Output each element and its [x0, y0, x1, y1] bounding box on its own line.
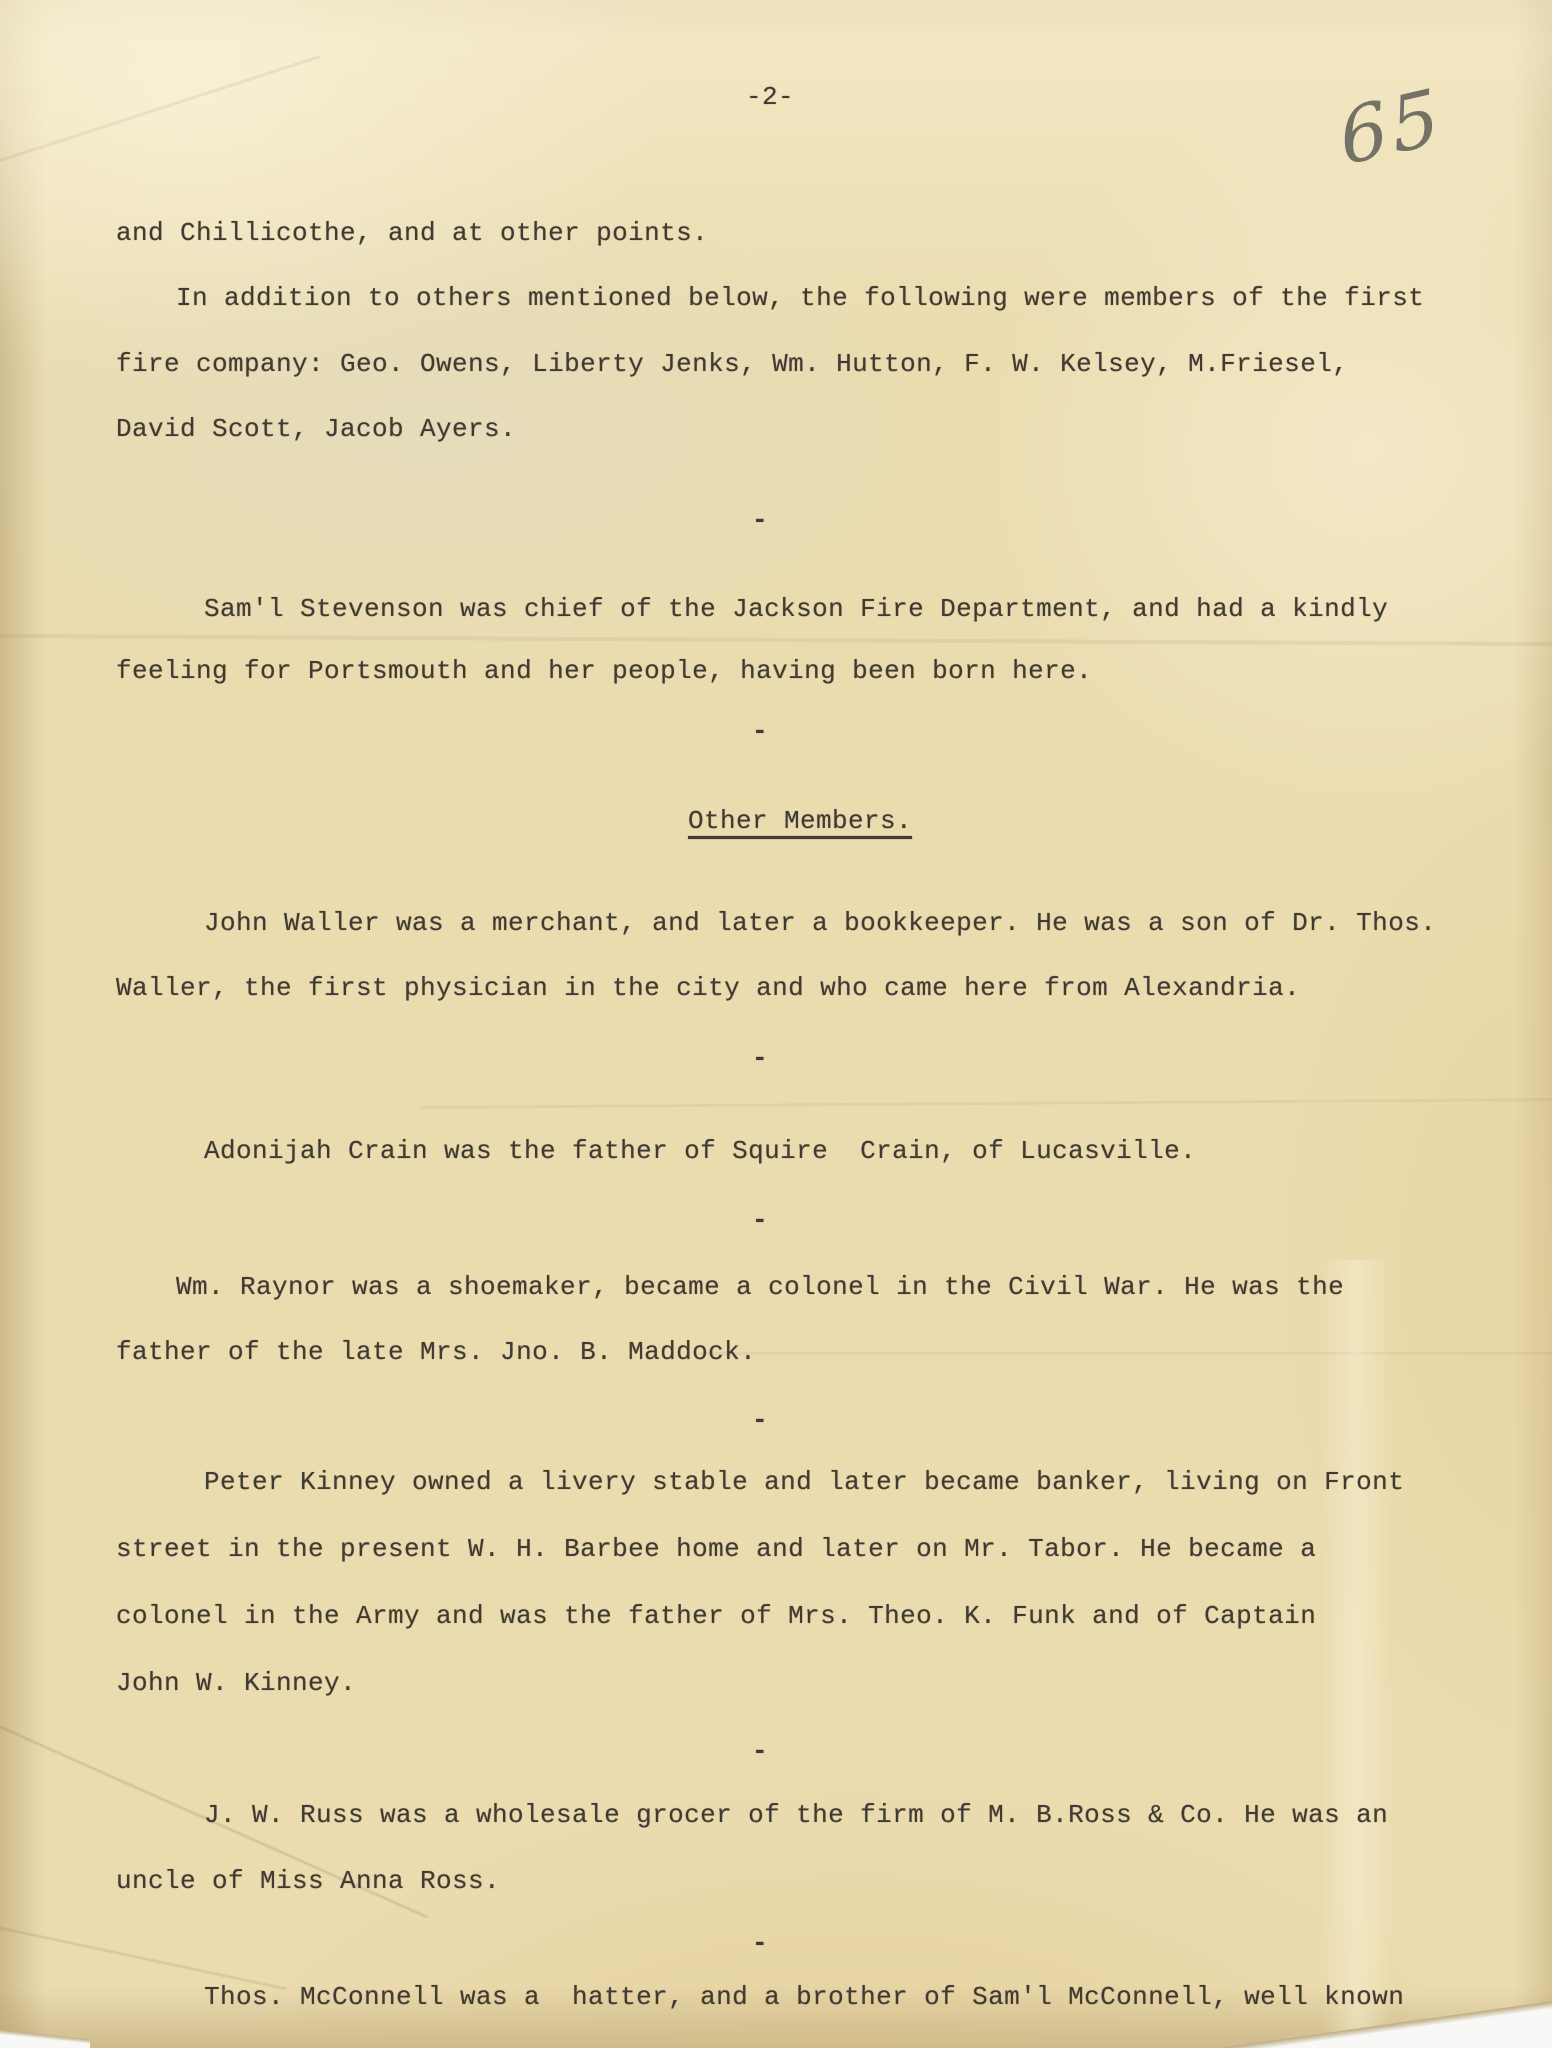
text-line: fire company: Geo. Owens, Liberty Jenks,…: [116, 349, 1348, 379]
text-line: feeling for Portsmouth and her people, h…: [116, 656, 1092, 686]
separator-dash: -: [752, 1405, 768, 1435]
separator-dash: -: [752, 1928, 768, 1958]
scan-corner-background: [1192, 2000, 1552, 2048]
text-line: Adonijah Crain was the father of Squire …: [204, 1136, 1196, 1166]
separator-dash: -: [752, 1736, 768, 1766]
text-line: John Waller was a merchant, and later a …: [204, 908, 1436, 938]
typed-text: -2-and Chillicothe, and at other points.…: [0, 0, 1552, 2048]
text-line: street in the present W. H. Barbee home …: [116, 1534, 1316, 1564]
section-heading: Other Members.: [688, 806, 912, 836]
text-line: and Chillicothe, and at other points.: [116, 218, 708, 248]
text-line: Peter Kinney owned a livery stable and l…: [204, 1467, 1404, 1497]
text-line: Waller, the first physician in the city …: [116, 973, 1300, 1003]
text-line: John W. Kinney.: [116, 1668, 356, 1698]
scanned-document: 65 -2-and Chillicothe, and at other poin…: [0, 0, 1552, 2048]
text-line: In addition to others mentioned below, t…: [176, 283, 1424, 313]
text-line: colonel in the Army and was the father o…: [116, 1601, 1316, 1631]
text-line: uncle of Miss Anna Ross.: [116, 1866, 500, 1896]
separator-dash: -: [752, 716, 768, 746]
document-page: 65 -2-and Chillicothe, and at other poin…: [0, 0, 1552, 2048]
separator-dash: -: [752, 505, 768, 535]
text-line: Wm. Raynor was a shoemaker, became a col…: [176, 1272, 1344, 1302]
text-line: J. W. Russ was a wholesale grocer of the…: [204, 1800, 1388, 1830]
text-line: David Scott, Jacob Ayers.: [116, 414, 516, 444]
text-line: Sam'l Stevenson was chief of the Jackson…: [204, 594, 1388, 624]
text-line: father of the late Mrs. Jno. B. Maddock.: [116, 1337, 756, 1367]
page-number: -2-: [746, 82, 794, 112]
separator-dash: -: [752, 1043, 768, 1073]
scan-corner-background: [0, 2022, 90, 2048]
separator-dash: -: [752, 1205, 768, 1235]
